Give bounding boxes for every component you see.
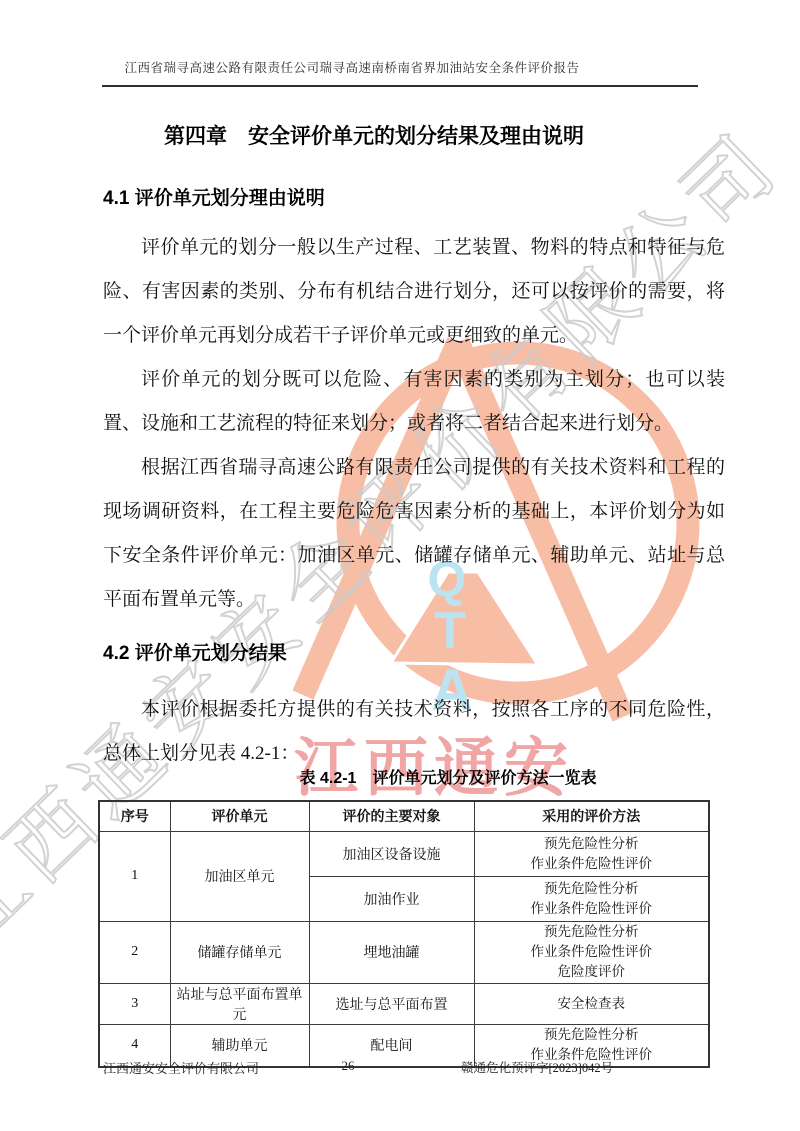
cell-object: 埋地油罐: [309, 921, 474, 983]
method-line: 危险度评价: [475, 962, 709, 982]
paragraph: 评价单元的划分一般以生产过程、工艺装置、物料的特点和特征与危险、有害因素的类别、…: [103, 226, 725, 358]
col-header-method: 采用的评价方法: [474, 801, 709, 831]
col-header-no: 序号: [99, 801, 170, 831]
cell-methods: 预先危险性分析 作业条件危险性评价 危险度评价: [474, 921, 709, 983]
chapter-title: 第四章 安全评价单元的划分结果及理由说明: [0, 120, 748, 150]
document-page: { "header": { "title": "江西省瑞寻高速公路有限责任公司瑞…: [0, 0, 800, 1131]
table-header-row: 序号 评价单元 评价的主要对象 采用的评价方法: [99, 801, 709, 831]
cell-unit: 储罐存储单元: [170, 921, 309, 983]
cell-unit: 加油区单元: [170, 831, 309, 921]
method-line: 作业条件危险性评价: [475, 899, 709, 919]
table-row: 1 加油区单元 加油区设备设施 预先危险性分析 作业条件危险性评价: [99, 831, 709, 876]
footer-doc-number: 赣通危化预评字[2023]042号: [461, 1058, 613, 1076]
table-row: 3 站址与总平面布置单元 选址与总平面布置 安全检查表: [99, 983, 709, 1024]
section-4-1-heading: 4.1 评价单元划分理由说明: [103, 183, 325, 210]
method-line: 安全检查表: [475, 994, 709, 1014]
footer-page-number: 26: [330, 1058, 366, 1074]
cell-no: 3: [99, 983, 170, 1024]
cell-unit: 站址与总平面布置单元: [170, 983, 309, 1024]
method-line: 预先危险性分析: [475, 922, 709, 942]
method-line: 预先危险性分析: [475, 1025, 709, 1045]
cell-no: 1: [99, 831, 170, 921]
cell-object: 选址与总平面布置: [309, 983, 474, 1024]
cell-object: 加油区设备设施: [309, 831, 474, 876]
method-line: 预先危险性分析: [475, 834, 709, 854]
paragraph: 评价单元的划分既可以危险、有害因素的类别为主划分；也可以装置、设施和工艺流程的特…: [103, 358, 725, 446]
cell-no: 2: [99, 921, 170, 983]
col-header-object: 评价的主要对象: [309, 801, 474, 831]
evaluation-unit-table: 序号 评价单元 评价的主要对象 采用的评价方法 1 加油区单元 加油区设备设施 …: [98, 800, 710, 1068]
col-header-unit: 评价单元: [170, 801, 309, 831]
footer-company: 江西通安安全评价有限公司: [103, 1058, 259, 1077]
table-row: 2 储罐存储单元 埋地油罐 预先危险性分析 作业条件危险性评价 危险度评价: [99, 921, 709, 983]
table-caption: 表 4.2-1 评价单元划分及评价方法一览表: [98, 765, 798, 788]
page-content: 江西省瑞寻高速公路有限责任公司瑞寻高速南桥南省界加油站安全条件评价报告 第四章 …: [0, 0, 800, 1131]
header-divider: [102, 85, 698, 87]
paragraph: 根据江西省瑞寻高速公路有限责任公司提供的有关技术资料和工程的现场调研资料，在工程…: [103, 446, 725, 622]
page-footer: 江西通安安全评价有限公司 26 赣通危化预评字[2023]042号: [0, 1058, 800, 1078]
method-line: 作业条件危险性评价: [475, 942, 709, 962]
cell-methods: 预先危险性分析 作业条件危险性评价: [474, 831, 709, 876]
section-4-2-heading: 4.2 评价单元划分结果: [103, 638, 287, 665]
section-4-1-paragraphs: 评价单元的划分一般以生产过程、工艺装置、物料的特点和特征与危险、有害因素的类别、…: [103, 226, 725, 622]
cell-object: 加油作业: [309, 876, 474, 921]
section-4-2-paragraphs: 本评价根据委托方提供的有关技术资料，按照各工序的不同危险性，总体上划分见表 4.…: [103, 688, 725, 776]
cell-methods: 安全检查表: [474, 983, 709, 1024]
cell-methods: 预先危险性分析 作业条件危险性评价: [474, 876, 709, 921]
method-line: 预先危险性分析: [475, 879, 709, 899]
page-header-title: 江西省瑞寻高速公路有限责任公司瑞寻高速南桥南省界加油站安全条件评价报告: [102, 58, 602, 76]
method-line: 作业条件危险性评价: [475, 854, 709, 874]
paragraph: 本评价根据委托方提供的有关技术资料，按照各工序的不同危险性，总体上划分见表 4.…: [103, 688, 725, 776]
